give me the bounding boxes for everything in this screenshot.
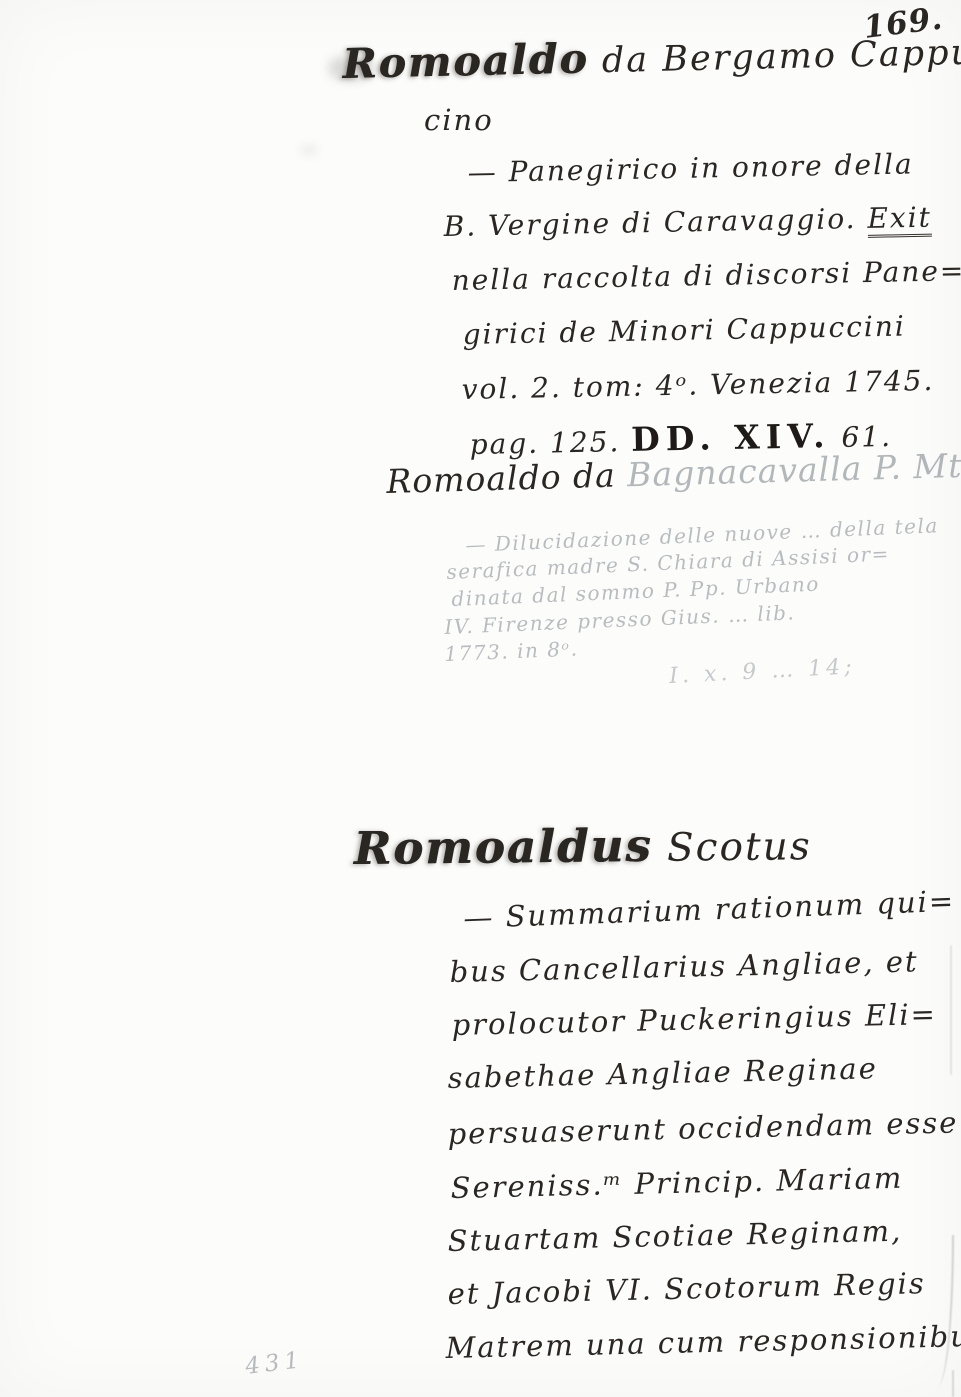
entry-line: prolocutor Puckeringius Eli= bbox=[451, 997, 937, 1042]
entry-line: bus Cancellarius Angliae, et bbox=[449, 944, 919, 989]
ink-smudge bbox=[300, 145, 318, 155]
entry-line: — Panegirico in onore della bbox=[467, 147, 914, 189]
entry-line: — Summarium rationum qui= bbox=[463, 884, 956, 935]
entry-line: B. Vergine di Caravaggio. Exit bbox=[443, 201, 932, 243]
entry-line: Matrem una cum responsionibus bbox=[445, 1319, 961, 1365]
entry-line: Stuartam Scotiae Reginam, bbox=[447, 1214, 902, 1258]
faded-entry-line: 1773. in 8ᵒ. bbox=[444, 636, 579, 666]
entry-author-name: Romoaldo bbox=[342, 34, 589, 88]
scan-edge-artifact bbox=[938, 1235, 954, 1385]
foliation-pencil-mark: 431 bbox=[244, 1347, 306, 1380]
underlined-word: Exit bbox=[867, 201, 932, 238]
entry-author-name: Romoaldus bbox=[353, 819, 652, 875]
entry-line: et Jacobi VI. Scotorum Regis bbox=[447, 1266, 926, 1311]
scan-edge-artifact bbox=[952, 1370, 954, 1397]
entry-line: Sereniss.ᵐ Princip. Mariam bbox=[450, 1161, 903, 1205]
entry-author-name: Romoaldo da bbox=[386, 455, 628, 501]
entry-heading: Romoaldo da Bergamo Cappuc= bbox=[342, 24, 961, 88]
entry-heading-rest: da Bergamo Cappuc= bbox=[588, 31, 961, 81]
entry-line: sabethae Angliae Reginae bbox=[447, 1051, 878, 1095]
faded-shelfmark: I. x. 9 … 14; bbox=[669, 654, 857, 689]
entry-line: vol. 2. tom: 4ᵒ. Venezia 1745. bbox=[461, 364, 934, 406]
entry-line: persuaserunt occidendam esse bbox=[447, 1105, 958, 1151]
entry-line-text: B. Vergine di Caravaggio. bbox=[443, 202, 867, 243]
entry-line: girici de Minori Cappuccini bbox=[462, 309, 906, 351]
entry-heading-rest: Scotus bbox=[652, 824, 812, 871]
entry-heading-continuation: cino bbox=[424, 103, 494, 137]
entry-heading: Romoaldus Scotus bbox=[353, 817, 812, 875]
entry-line: nella raccolta di discorsi Pane= bbox=[451, 254, 961, 297]
scan-edge-artifact bbox=[950, 945, 952, 1075]
manuscript-page: 169. Romoaldo da Bergamo Cappuc= cino — … bbox=[0, 0, 961, 1397]
